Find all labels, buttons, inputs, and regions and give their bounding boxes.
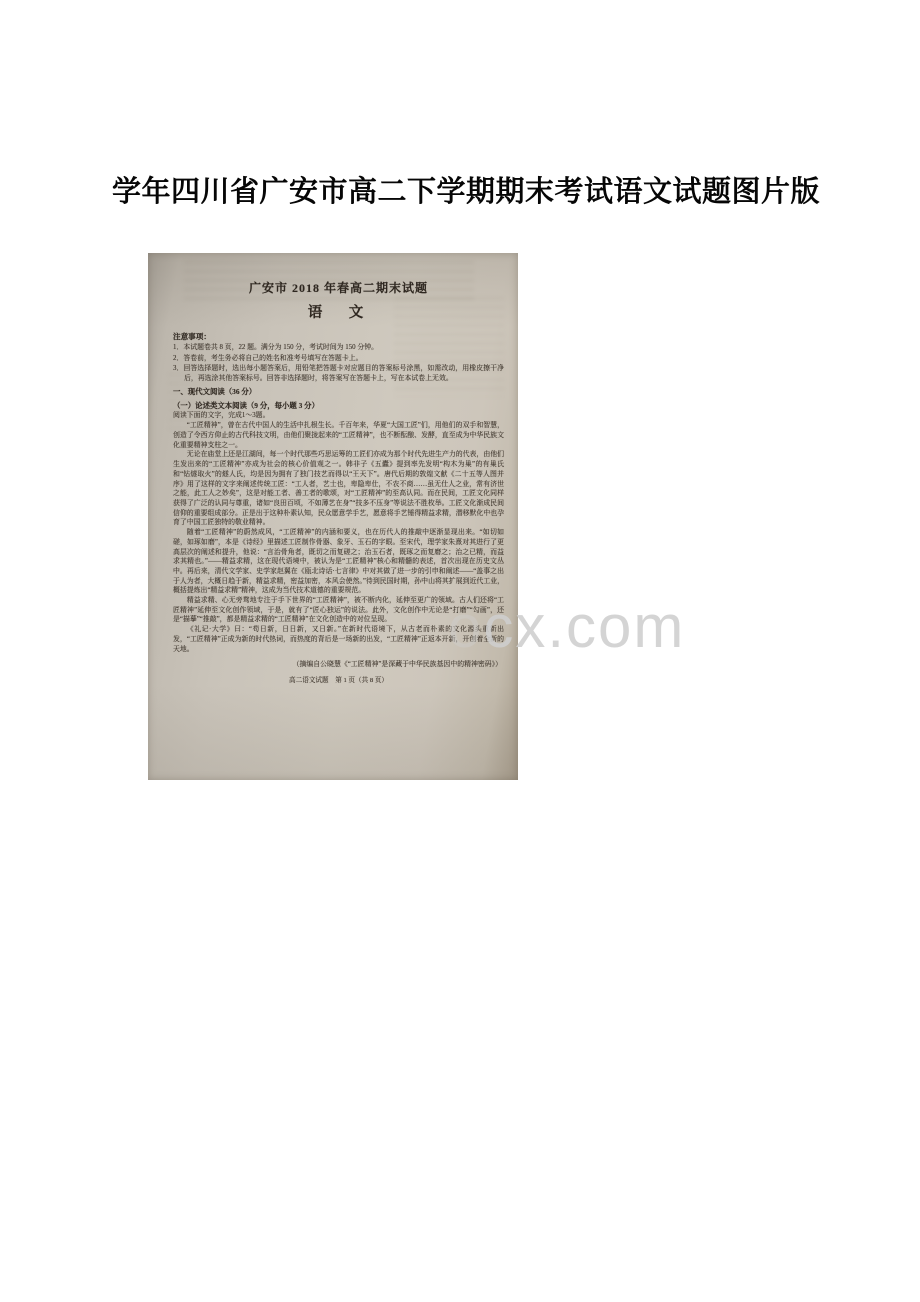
subsection-heading: （一）论述类文本阅读（9 分，每小题 3 分） — [173, 400, 504, 411]
notice-title: 注意事项： — [173, 331, 504, 342]
page: { "page": { "title": "学年四川省广安市高二下学期期末考试语… — [0, 0, 920, 1302]
attribution: （摘编自公晓慧《“工匠精神”是深藏于中华民族基因中的精神密码》） — [173, 658, 504, 668]
body-paragraph-3: 随着“工匠精神”的蔚然成风，“工匠精神”的内涵和要义，也在历代人的推敲中逐渐显现… — [173, 528, 504, 596]
page-title: 学年四川省广安市高二下学期期末考试语文试题图片版 — [112, 169, 832, 210]
exam-title: 广安市 2018 年春高二期末试题 — [173, 279, 504, 296]
exam-scan-image: 广安市 2018 年春高二期末试题 语 文 注意事项： 1．本试题卷共 8 页，… — [148, 253, 518, 780]
reading-instruction: 阅读下面的文字，完成1～3题。 — [173, 411, 504, 421]
section-heading: 一、现代文阅读（36 分） — [173, 386, 504, 397]
body-paragraph-1: “工匠精神”，曾在古代中国人的生活中扎根生长。千百年来，华夏“大国工匠”们，用他… — [173, 421, 504, 450]
exam-paper: 广安市 2018 年春高二期末试题 语 文 注意事项： 1．本试题卷共 8 页，… — [148, 253, 518, 684]
notice-item-1: 1．本试题卷共 8 页，22 题。满分为 150 分，考试时间为 150 分钟。 — [173, 343, 504, 353]
body-paragraph-5: 《礼记·大学》曰：“苟日新，日日新，又日新。”在新时代语境下，从古老而朴素的文化… — [173, 625, 504, 654]
exam-subject: 语 文 — [173, 301, 504, 322]
exam-page-footer: 高二语文试题 第 1 页（共 8 页） — [173, 674, 504, 684]
body-paragraph-4: 精益求精、心无旁骛地专注于手下世界的“工匠精神”，被不断内化，延伸至更广的领域。… — [173, 596, 504, 625]
notice-item-2: 2．答卷前，考生务必将自己的姓名和准考号填写在答题卡上。 — [173, 354, 504, 364]
notice-item-3: 3．回答选择题时，选出每小题答案后，用铅笔把答题卡对应题目的答案标号涂黑，如需改… — [173, 364, 504, 383]
body-paragraph-2: 无论在庙堂上还是江湖间，每一个时代那些巧思运筹的工匠们亦成为那个时代先进生产力的… — [173, 450, 504, 528]
